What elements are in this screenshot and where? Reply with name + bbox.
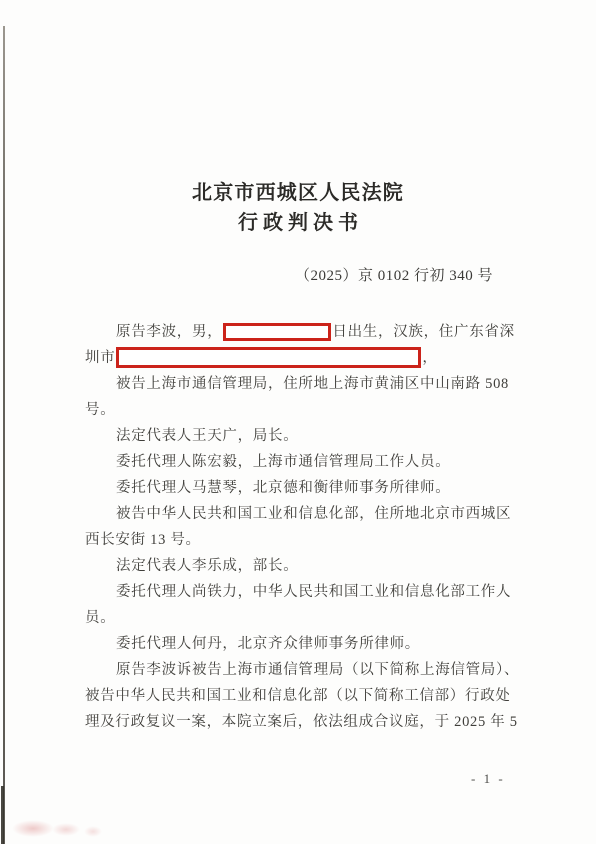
body-text: 委托代理人尚铁力，中华人民共和国工业和信息化部工作人: [116, 584, 511, 600]
redaction-box: [223, 323, 331, 341]
redaction-box: [116, 347, 421, 368]
body-text: 法定代表人李乐成，部长。: [116, 558, 298, 574]
body-text: 西长安街 13 号。: [85, 532, 201, 548]
body-text: 委托代理人何丹，北京齐众律师事务所律师。: [116, 636, 420, 652]
body-line: 员。: [85, 608, 545, 628]
body-text: 原告李波，男，: [116, 324, 222, 340]
body-text: 被告中华人民共和国工业和信息化部（以下简称工信部）行政处: [85, 688, 511, 704]
body-text: 圳市: [85, 350, 115, 366]
judgment-page: 北京市西城区人民法院 行政判决书 （2025）京 0102 行初 340 号 原…: [0, 0, 596, 844]
body-line: 法定代表人王天广，局长。: [85, 426, 576, 446]
body-line: 委托代理人何丹，北京齐众律师事务所律师。: [85, 634, 576, 654]
body-line: 委托代理人陈宏毅，上海市通信管理局工作人员。: [85, 452, 576, 472]
body-text: 号。: [85, 402, 115, 418]
body-line: 被告中华人民共和国工业和信息化部，住所地北京市西城区: [85, 504, 576, 524]
body-line: 号。: [85, 400, 545, 420]
body-line: 委托代理人尚铁力，中华人民共和国工业和信息化部工作人: [85, 582, 576, 602]
body-text: 法定代表人王天广，局长。: [116, 428, 298, 444]
body-line: 西长安街 13 号。: [85, 530, 545, 550]
body-line: 委托代理人马慧琴，北京德和衡律师事务所律师。: [85, 478, 576, 498]
page-number: - 1 -: [471, 771, 505, 787]
body-line: 被告上海市通信管理局，住所地上海市黄浦区中山南路 508: [85, 374, 576, 394]
body-line: 原告李波，男，日出生，汉族，住广东省深: [85, 322, 576, 342]
body-text: 委托代理人陈宏毅，上海市通信管理局工作人员。: [116, 454, 450, 470]
body-text: 员。: [85, 610, 115, 626]
body-line: 法定代表人李乐成，部长。: [85, 556, 576, 576]
body-line: 理及行政复议一案，本院立案后，依法组成合议庭，于 2025 年 5: [85, 712, 545, 732]
body-text: 日出生，汉族，住广东省深: [332, 324, 514, 340]
body-text: ，: [422, 350, 437, 366]
body-line: 原告李波诉被告上海市通信管理局（以下简称上海信管局）、: [85, 660, 576, 680]
body-text: 原告李波诉被告上海市通信管理局（以下简称上海信管局）、: [116, 662, 519, 678]
body-lines: 原告李波，男，日出生，汉族，住广东省深圳市，被告上海市通信管理局，住所地上海市黄…: [0, 0, 596, 844]
body-text: 理及行政复议一案，本院立案后，依法组成合议庭，于 2025 年 5: [85, 714, 518, 730]
body-line: 被告中华人民共和国工业和信息化部（以下简称工信部）行政处: [85, 686, 545, 706]
body-line: 圳市，: [85, 348, 545, 369]
body-text: 被告上海市通信管理局，住所地上海市黄浦区中山南路 508: [116, 376, 509, 392]
body-text: 被告中华人民共和国工业和信息化部，住所地北京市西城区: [116, 506, 511, 522]
body-text: 委托代理人马慧琴，北京德和衡律师事务所律师。: [116, 480, 450, 496]
